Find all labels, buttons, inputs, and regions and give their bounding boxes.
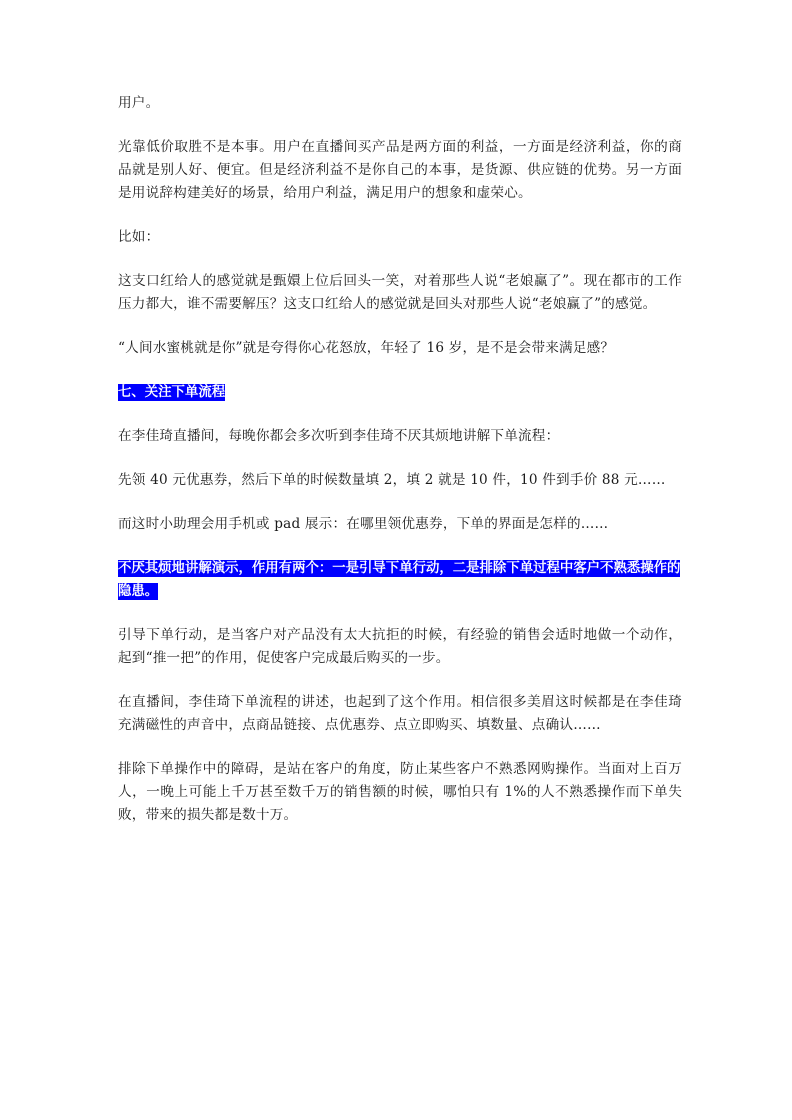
section-heading-text: 七、关注下单流程 bbox=[118, 384, 225, 401]
paragraph-users: 用户。 bbox=[118, 92, 682, 115]
paragraph-low-price: 光靠低价取胜不是本事。用户在直播间买产品是两方面的利益，一方面是经济利益，你的商… bbox=[118, 136, 682, 205]
paragraph-assistant: 而这时小助理会用手机或 pad 展示：在哪里领优惠券，下单的界面是怎样的…… bbox=[118, 513, 682, 536]
paragraph-in-livestream: 在直播间，李佳琦下单流程的讲述，也起到了这个作用。相信很多美眉这时候都是在李佳琦… bbox=[118, 691, 682, 737]
paragraph-lipstick: 这支口红给人的感觉就是甄嬛上位后回头一笑，对着那些人说“老娘赢了”。现在都市的工… bbox=[118, 270, 682, 316]
section-heading: 七、关注下单流程 bbox=[118, 381, 682, 404]
paragraph-peach: “人间水蜜桃就是你”就是夸得你心花怒放，年轻了 16 岁，是不是会带来满足感？ bbox=[118, 337, 682, 360]
paragraph-livestream: 在李佳琦直播间，每晚你都会多次听到李佳琦不厌其烦地讲解下单流程： bbox=[118, 425, 682, 448]
document-page: 用户。 光靠低价取胜不是本事。用户在直播间买产品是两方面的利益，一方面是经济利益… bbox=[118, 92, 682, 827]
paragraph-coupon: 先领 40 元优惠券，然后下单的时候数量填 2，填 2 就是 10 件，10 件… bbox=[118, 469, 682, 492]
paragraph-remove-obstacles: 排除下单操作中的障碍，是站在客户的角度，防止某些客户不熟悉网购操作。当面对上百万… bbox=[118, 758, 682, 827]
paragraph-for-example: 比如： bbox=[118, 226, 682, 249]
highlight-text: 不厌其烦地讲解演示，作用有两个：一是引导下单行动，二是排除下单过程中客户不熟悉操… bbox=[118, 560, 680, 600]
paragraph-guide-order: 引导下单行动，是当客户对产品没有太大抗拒的时候，有经验的销售会适时地做一个动作，… bbox=[118, 624, 682, 670]
highlight-paragraph: 不厌其烦地讲解演示，作用有两个：一是引导下单行动，二是排除下单过程中客户不熟悉操… bbox=[118, 557, 682, 603]
